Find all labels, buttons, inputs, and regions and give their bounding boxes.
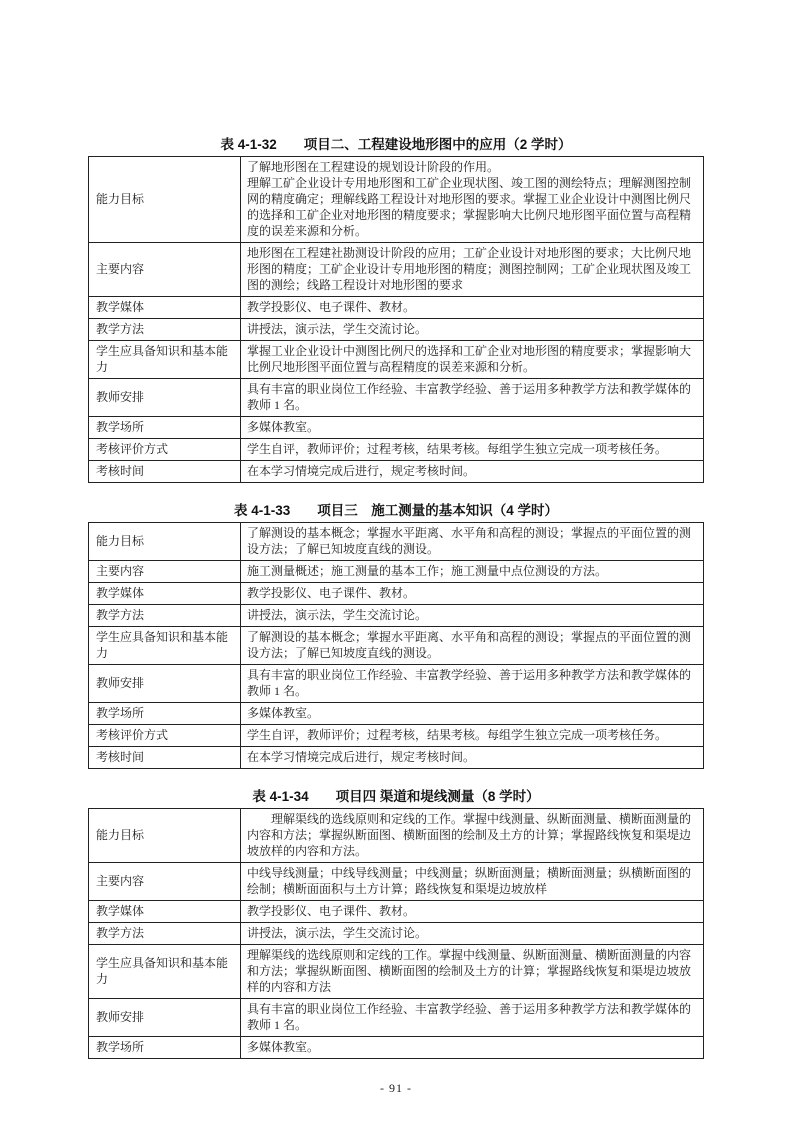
row-content: 学生自评，教师评价；过程考核，结果考核。每组学生独立完成一项考核任务。 [241,725,704,747]
row-label: 教师安排 [89,665,241,703]
table-row: 考核时间 在本学习情境完成后进行，规定考核时间。 [89,461,704,483]
row-content: 了解地形图在工程建设的规划设计阶段的作用。 理解工矿企业设计专用地形图和工矿企业… [241,157,704,243]
row-label: 教学方法 [89,923,241,945]
row-label: 学生应具备知识和基本能力 [89,945,241,999]
row-label: 教学场所 [89,417,241,439]
row-label: 主要内容 [89,863,241,901]
row-content: 理解渠线的选线原则和定线的工作。掌握中线测量、纵断面测量、横断面测量的内容和方法… [241,809,704,863]
table-row: 教学场所 多媒体教室。 [89,703,704,725]
table-row: 考核评价方式 学生自评，教师评价；过程考核，结果考核。每组学生独立完成一项考核任… [89,725,704,747]
row-label: 教学场所 [89,1037,241,1059]
row-label: 考核时间 [89,747,241,769]
course-plan-table: 能力目标 了解地形图在工程建设的规划设计阶段的作用。 理解工矿企业设计专用地形图… [88,156,704,483]
table-row: 教学场所 多媒体教室。 [89,417,704,439]
table-row: 主要内容 施工测量概述；施工测量的基本工作；施工测量中点位测设的方法。 [89,561,704,583]
table-block-4-1-33: 表 4-1-33 项目三 施工测量的基本知识（4 学时） 能力目标 了解测设的基… [88,502,704,769]
row-content: 多媒体教室。 [241,1037,704,1059]
row-content: 讲授法，演示法，学生交流讨论。 [241,319,704,341]
table-row: 主要内容 中线导线测量；中线导线测量；中线测量；纵断面测量；横断面测量；纵横断面… [89,863,704,901]
row-content: 理解渠线的选线原则和定线的工作。掌握中线测量、纵断面测量、横断面测量的内容和方法… [241,945,704,999]
row-label: 教师安排 [89,379,241,417]
row-label: 考核评价方式 [89,439,241,461]
table-row: 主要内容 地形图在工程建社勘测设计阶段的应用；工矿企业设计对地形图的要求；大比例… [89,243,704,297]
row-content: 教学投影仪、电子课件、教材。 [241,901,704,923]
table-row: 能力目标 理解渠线的选线原则和定线的工作。掌握中线测量、纵断面测量、横断面测量的… [89,809,704,863]
row-label: 教学媒体 [89,583,241,605]
table-row: 教师安排 具有丰富的职业岗位工作经验、丰富教学经验、善于运用多种教学方法和教学媒… [89,379,704,417]
row-label: 能力目标 [89,157,241,243]
row-content: 学生自评，教师评价；过程考核，结果考核。每组学生独立完成一项考核任务。 [241,439,704,461]
table-row: 学生应具备知识和基本能力 理解渠线的选线原则和定线的工作。掌握中线测量、纵断面测… [89,945,704,999]
row-label: 教师安排 [89,999,241,1037]
row-label: 主要内容 [89,561,241,583]
table-block-4-1-34: 表 4-1-34 项目四 渠道和堤线测量（8 学时） 能力目标 理解渠线的选线原… [88,788,704,1059]
row-content: 中线导线测量；中线导线测量；中线测量；纵断面测量；横断面测量；纵横断面图的绘制；… [241,863,704,901]
table-caption: 表 4-1-33 项目三 施工测量的基本知识（4 学时） [88,502,704,519]
row-content: 了解测设的基本概念；掌握水平距离、水平角和高程的测设；掌握点的平面位置的测设方法… [241,627,704,665]
row-content: 了解测设的基本概念；掌握水平距离、水平角和高程的测设；掌握点的平面位置的测设方法… [241,523,704,561]
row-label: 考核评价方式 [89,725,241,747]
row-label: 主要内容 [89,243,241,297]
row-content: 讲授法，演示法，学生交流讨论。 [241,605,704,627]
row-content: 施工测量概述；施工测量的基本工作；施工测量中点位测设的方法。 [241,561,704,583]
row-label: 学生应具备知识和基本能力 [89,627,241,665]
table-row: 教学媒体 教学投影仪、电子课件、教材。 [89,583,704,605]
row-content: 多媒体教室。 [241,417,704,439]
table-row: 学生应具备知识和基本能力 了解测设的基本概念；掌握水平距离、水平角和高程的测设；… [89,627,704,665]
row-content: 讲授法，演示法，学生交流讨论。 [241,923,704,945]
row-content: 地形图在工程建社勘测设计阶段的应用；工矿企业设计对地形图的要求；大比例尺地形图的… [241,243,704,297]
table-row: 教学方法 讲授法，演示法，学生交流讨论。 [89,605,704,627]
row-label: 教学媒体 [89,297,241,319]
row-label: 考核时间 [89,461,241,483]
row-label: 能力目标 [89,523,241,561]
course-plan-table: 能力目标 理解渠线的选线原则和定线的工作。掌握中线测量、纵断面测量、横断面测量的… [88,808,704,1059]
table-row: 考核评价方式 学生自评，教师评价；过程考核，结果考核。每组学生独立完成一项考核任… [89,439,704,461]
row-content: 在本学习情境完成后进行，规定考核时间。 [241,747,704,769]
row-content: 具有丰富的职业岗位工作经验、丰富教学经验、善于运用多种教学方法和教学媒体的教师 … [241,999,704,1037]
row-content: 掌握工业企业设计中测图比例尺的选择和工矿企业对地形图的精度要求；掌握影响大比例尺… [241,341,704,379]
row-content: 教学投影仪、电子课件、教材。 [241,297,704,319]
row-label: 教学媒体 [89,901,241,923]
row-content: 多媒体教室。 [241,703,704,725]
table-caption: 表 4-1-32 项目二、工程建设地形图中的应用（2 学时） [88,136,704,153]
table-row: 考核时间 在本学习情境完成后进行，规定考核时间。 [89,747,704,769]
table-row: 教师安排 具有丰富的职业岗位工作经验、丰富教学经验、善于运用多种教学方法和教学媒… [89,999,704,1037]
table-row: 能力目标 了解测设的基本概念；掌握水平距离、水平角和高程的测设；掌握点的平面位置… [89,523,704,561]
row-label: 能力目标 [89,809,241,863]
table-row: 教学方法 讲授法，演示法，学生交流讨论。 [89,923,704,945]
row-content: 具有丰富的职业岗位工作经验、丰富教学经验、善于运用多种教学方法和教学媒体的教师 … [241,665,704,703]
course-plan-table: 能力目标 了解测设的基本概念；掌握水平距离、水平角和高程的测设；掌握点的平面位置… [88,522,704,769]
row-label: 教学场所 [89,703,241,725]
table-row: 教学媒体 教学投影仪、电子课件、教材。 [89,297,704,319]
table-row: 能力目标 了解地形图在工程建设的规划设计阶段的作用。 理解工矿企业设计专用地形图… [89,157,704,243]
table-row: 学生应具备知识和基本能力 掌握工业企业设计中测图比例尺的选择和工矿企业对地形图的… [89,341,704,379]
page-number: - 91 - [88,1081,704,1096]
document-page: 表 4-1-32 项目二、工程建设地形图中的应用（2 学时） 能力目标 了解地形… [88,136,704,1096]
row-content: 教学投影仪、电子课件、教材。 [241,583,704,605]
table-row: 教学场所 多媒体教室。 [89,1037,704,1059]
table-row: 教学方法 讲授法，演示法，学生交流讨论。 [89,319,704,341]
row-label: 学生应具备知识和基本能力 [89,341,241,379]
row-label: 教学方法 [89,605,241,627]
table-caption: 表 4-1-34 项目四 渠道和堤线测量（8 学时） [88,788,704,805]
row-label: 教学方法 [89,319,241,341]
table-row: 教师安排 具有丰富的职业岗位工作经验、丰富教学经验、善于运用多种教学方法和教学媒… [89,665,704,703]
table-block-4-1-32: 表 4-1-32 项目二、工程建设地形图中的应用（2 学时） 能力目标 了解地形… [88,136,704,483]
row-content: 具有丰富的职业岗位工作经验、丰富教学经验、善于运用多种教学方法和教学媒体的教师 … [241,379,704,417]
row-content: 在本学习情境完成后进行，规定考核时间。 [241,461,704,483]
table-row: 教学媒体 教学投影仪、电子课件、教材。 [89,901,704,923]
